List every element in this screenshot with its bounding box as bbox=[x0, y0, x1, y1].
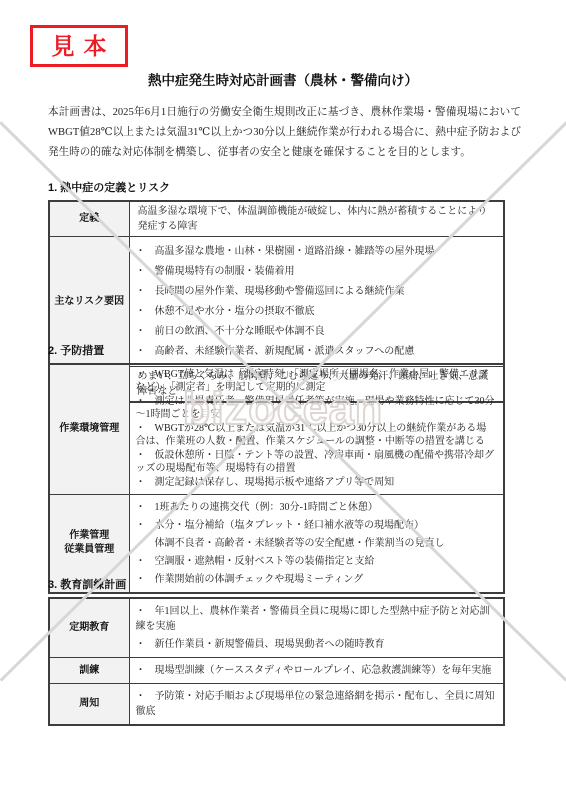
bullet-icon: ・ bbox=[136, 502, 146, 513]
bullet-text: 警備現場特有の制服・装備着用 bbox=[155, 266, 295, 277]
bullet-item: ・高温多湿な農地・山林・果樹園・道路沿線・雑踏等の屋外現場 bbox=[136, 244, 496, 259]
bullet-item: ・1班あたりの連携交代（例：30分-1時間ごと休憩） bbox=[136, 500, 496, 515]
sample-stamp: 見本 bbox=[30, 25, 128, 67]
bullet-icon: ・ bbox=[136, 286, 146, 297]
bullet-item: ・現場型訓練（ケーススタディやロールプレイ、応急救護訓練等）を毎年実施 bbox=[136, 663, 496, 678]
bullet-icon: ・ bbox=[136, 538, 146, 549]
bullet-item: ・WBGT値と気温は「測定時刻」「測定場所（圃場名、作業小屋、警備エリアなど）」… bbox=[136, 369, 496, 394]
bullet-text: 仮設休憩所・日陰・テント等の設置、冷房車両・扇風機の配備や携帯冷却グッズの現場配… bbox=[136, 450, 495, 474]
bullet-text: 現場型訓練（ケーススタディやロールプレイ、応急救護訓練等）を毎年実施 bbox=[155, 665, 492, 676]
bullet-text: 体調不良者・高齢者・未経験者等の安全配慮・作業割当の見直し bbox=[155, 538, 445, 549]
bullet-text: 水分・塩分補給（塩タブレット・経口補水液等の現場配布） bbox=[155, 520, 425, 531]
row-label-line: 作業管理 bbox=[52, 529, 127, 543]
row-content: ・現場型訓練（ケーススタディやロールプレイ、応急救護訓練等）を毎年実施 bbox=[129, 658, 504, 684]
row-label: 定義 bbox=[49, 201, 129, 237]
bullet-item: ・WBGTが28℃以上または気温が31℃以上かつ30分以上の継続作業がある場合は… bbox=[136, 423, 496, 448]
bullet-icon: ・ bbox=[136, 396, 146, 407]
bullet-icon: ・ bbox=[136, 450, 146, 461]
bullet-item: ・長時間の屋外作業、現場移動や警備巡回による継続作業 bbox=[136, 284, 496, 299]
bullet-text: 長時間の屋外作業、現場移動や警備巡回による継続作業 bbox=[155, 286, 405, 297]
table-row-periodic-education: 定期教育 ・年1回以上、農林作業者・警備員全員に現場に即した型熱中症予防と対応訓… bbox=[49, 598, 504, 658]
document-page: 見本 熱中症発生時対応計画書（農林・警備向け） 本計画書は、2025年6月1日施… bbox=[0, 0, 566, 800]
bullet-text: 新任作業員・新規警備員、現場異動者への随時教育 bbox=[155, 639, 385, 650]
bullet-item: ・休憩不足や水分・塩分の摂取不徹底 bbox=[136, 304, 496, 319]
bullet-icon: ・ bbox=[136, 477, 146, 488]
table-row-training: 訓練 ・現場型訓練（ケーススタディやロールプレイ、応急救護訓練等）を毎年実施 bbox=[49, 658, 504, 684]
section-2-heading: 2. 予防措置 bbox=[48, 342, 505, 358]
row-content: ・WBGT値と気温は「測定時刻」「測定場所（圃場名、作業小屋、警備エリアなど）」… bbox=[129, 364, 504, 494]
bullet-icon: ・ bbox=[136, 520, 146, 531]
bullet-text: 高温多湿な農地・山林・果樹園・道路沿線・雑踏等の屋外現場 bbox=[155, 246, 435, 257]
bullet-text: WBGTが28℃以上または気温が31℃以上かつ30分以上の継続作業がある場合は、… bbox=[136, 423, 487, 447]
row-content: 高温多湿な環境下で、体温調節機能が破綻し、体内に熱が蓄積することにより発症する障… bbox=[129, 201, 504, 237]
bullet-text: 測定記録は保存し、現場掲示板や連絡アプリ等で周知 bbox=[155, 477, 395, 488]
bullet-text: 前日の飲酒、不十分な睡眠や体調不良 bbox=[155, 326, 325, 337]
bullet-text: WBGT値と気温は「測定時刻」「測定場所（圃場名、作業小屋、警備エリアなど）」「… bbox=[136, 369, 489, 393]
row-label: 訓練 bbox=[49, 658, 129, 684]
bullet-item: ・警備現場特有の制服・装備着用 bbox=[136, 264, 496, 279]
section-3-heading: 3. 教育訓練計画 bbox=[48, 576, 505, 592]
bullet-icon: ・ bbox=[136, 665, 146, 676]
table-row-notification: 周知 ・予防策・対応手順および現場単位の緊急連絡網を掲示・配布し、全員に周知徹底 bbox=[49, 684, 504, 726]
bullet-text: 年1回以上、農林作業者・警備員全員に現場に即した型熱中症予防と対応訓練を実施 bbox=[136, 606, 490, 632]
row-label-line: 従業員管理 bbox=[52, 543, 127, 557]
row-content: ・予防策・対応手順および現場単位の緊急連絡網を掲示・配布し、全員に周知徹底 bbox=[129, 684, 504, 726]
bullet-icon: ・ bbox=[136, 423, 146, 434]
table-row-environment-management: 作業環境管理 ・WBGT値と気温は「測定時刻」「測定場所（圃場名、作業小屋、警備… bbox=[49, 364, 504, 494]
bullet-item: ・予防策・対応手順および現場単位の緊急連絡網を掲示・配布し、全員に周知徹底 bbox=[136, 689, 496, 719]
bullet-item: ・体調不良者・高齢者・未経験者等の安全配慮・作業割当の見直し bbox=[136, 536, 496, 551]
bullet-item: ・年1回以上、農林作業者・警備員全員に現場に即した型熱中症予防と対応訓練を実施 bbox=[136, 604, 496, 634]
document-title: 熱中症発生時対応計画書（農林・警備向け） bbox=[0, 69, 566, 89]
bullet-text: 予防策・対応手順および現場単位の緊急連絡網を掲示・配布し、全員に周知徹底 bbox=[136, 691, 495, 717]
section-prevention: 2. 予防措置 作業環境管理 ・WBGT値と気温は「測定時刻」「測定場所（圃場名… bbox=[48, 342, 505, 594]
bullet-icon: ・ bbox=[136, 639, 146, 650]
row-content: ・年1回以上、農林作業者・警備員全員に現場に即した型熱中症予防と対応訓練を実施 … bbox=[129, 598, 504, 658]
bullet-icon: ・ bbox=[136, 306, 146, 317]
bullet-icon: ・ bbox=[136, 556, 146, 567]
bullet-item: ・測定は農場責任者・警備現場責任者等が実施。現場や業務特性に応じて30分～1時間… bbox=[136, 396, 496, 421]
row-label: 作業環境管理 bbox=[49, 364, 129, 494]
bullet-item: ・測定記録は保存し、現場掲示板や連絡アプリ等で周知 bbox=[136, 477, 496, 490]
row-label: 定期教育 bbox=[49, 598, 129, 658]
bullet-item: ・仮設休憩所・日陰・テント等の設置、冷房車両・扇風機の配備や携帯冷却グッズの現場… bbox=[136, 450, 496, 475]
bullet-icon: ・ bbox=[136, 606, 146, 617]
bullet-text: 1班あたりの連携交代（例：30分-1時間ごと休憩） bbox=[155, 502, 378, 513]
bullet-item: ・水分・塩分補給（塩タブレット・経口補水液等の現場配布） bbox=[136, 518, 496, 533]
education-training-table: 定期教育 ・年1回以上、農林作業者・警備員全員に現場に即した型熱中症予防と対応訓… bbox=[48, 597, 505, 726]
table-row-definition: 定義 高温多湿な環境下で、体温調節機能が破綻し、体内に熱が蓄積することにより発症… bbox=[49, 201, 504, 237]
prevention-table: 作業環境管理 ・WBGT値と気温は「測定時刻」「測定場所（圃場名、作業小屋、警備… bbox=[48, 363, 505, 594]
bullet-icon: ・ bbox=[136, 246, 146, 257]
bullet-text: 測定は農場責任者・警備現場責任者等が実施。現場や業務特性に応じて30分～1時間ご… bbox=[136, 396, 495, 420]
bullet-icon: ・ bbox=[136, 369, 146, 380]
sample-stamp-label: 見本 bbox=[43, 35, 116, 58]
bullet-item: ・新任作業員・新規警備員、現場異動者への随時教育 bbox=[136, 637, 496, 652]
bullet-item: ・空調服・遮熱帽・反射ベスト等の装備指定と支給 bbox=[136, 554, 496, 569]
bullet-text: 休憩不足や水分・塩分の摂取不徹底 bbox=[155, 306, 315, 317]
section-education-training: 3. 教育訓練計画 定期教育 ・年1回以上、農林作業者・警備員全員に現場に即した… bbox=[48, 576, 505, 726]
bullet-item: ・前日の飲酒、不十分な睡眠や体調不良 bbox=[136, 324, 496, 339]
section-1-heading: 1. 熱中症の定義とリスク bbox=[48, 179, 505, 195]
row-label: 周知 bbox=[49, 684, 129, 726]
bullet-icon: ・ bbox=[136, 326, 146, 337]
intro-paragraph: 本計画書は、2025年6月1日施行の労働安全衛生規則改正に基づき、農林作業場・警… bbox=[48, 103, 521, 163]
bullet-icon: ・ bbox=[136, 691, 146, 702]
bullet-text: 空調服・遮熱帽・反射ベスト等の装備指定と支給 bbox=[155, 556, 375, 567]
bullet-icon: ・ bbox=[136, 266, 146, 277]
